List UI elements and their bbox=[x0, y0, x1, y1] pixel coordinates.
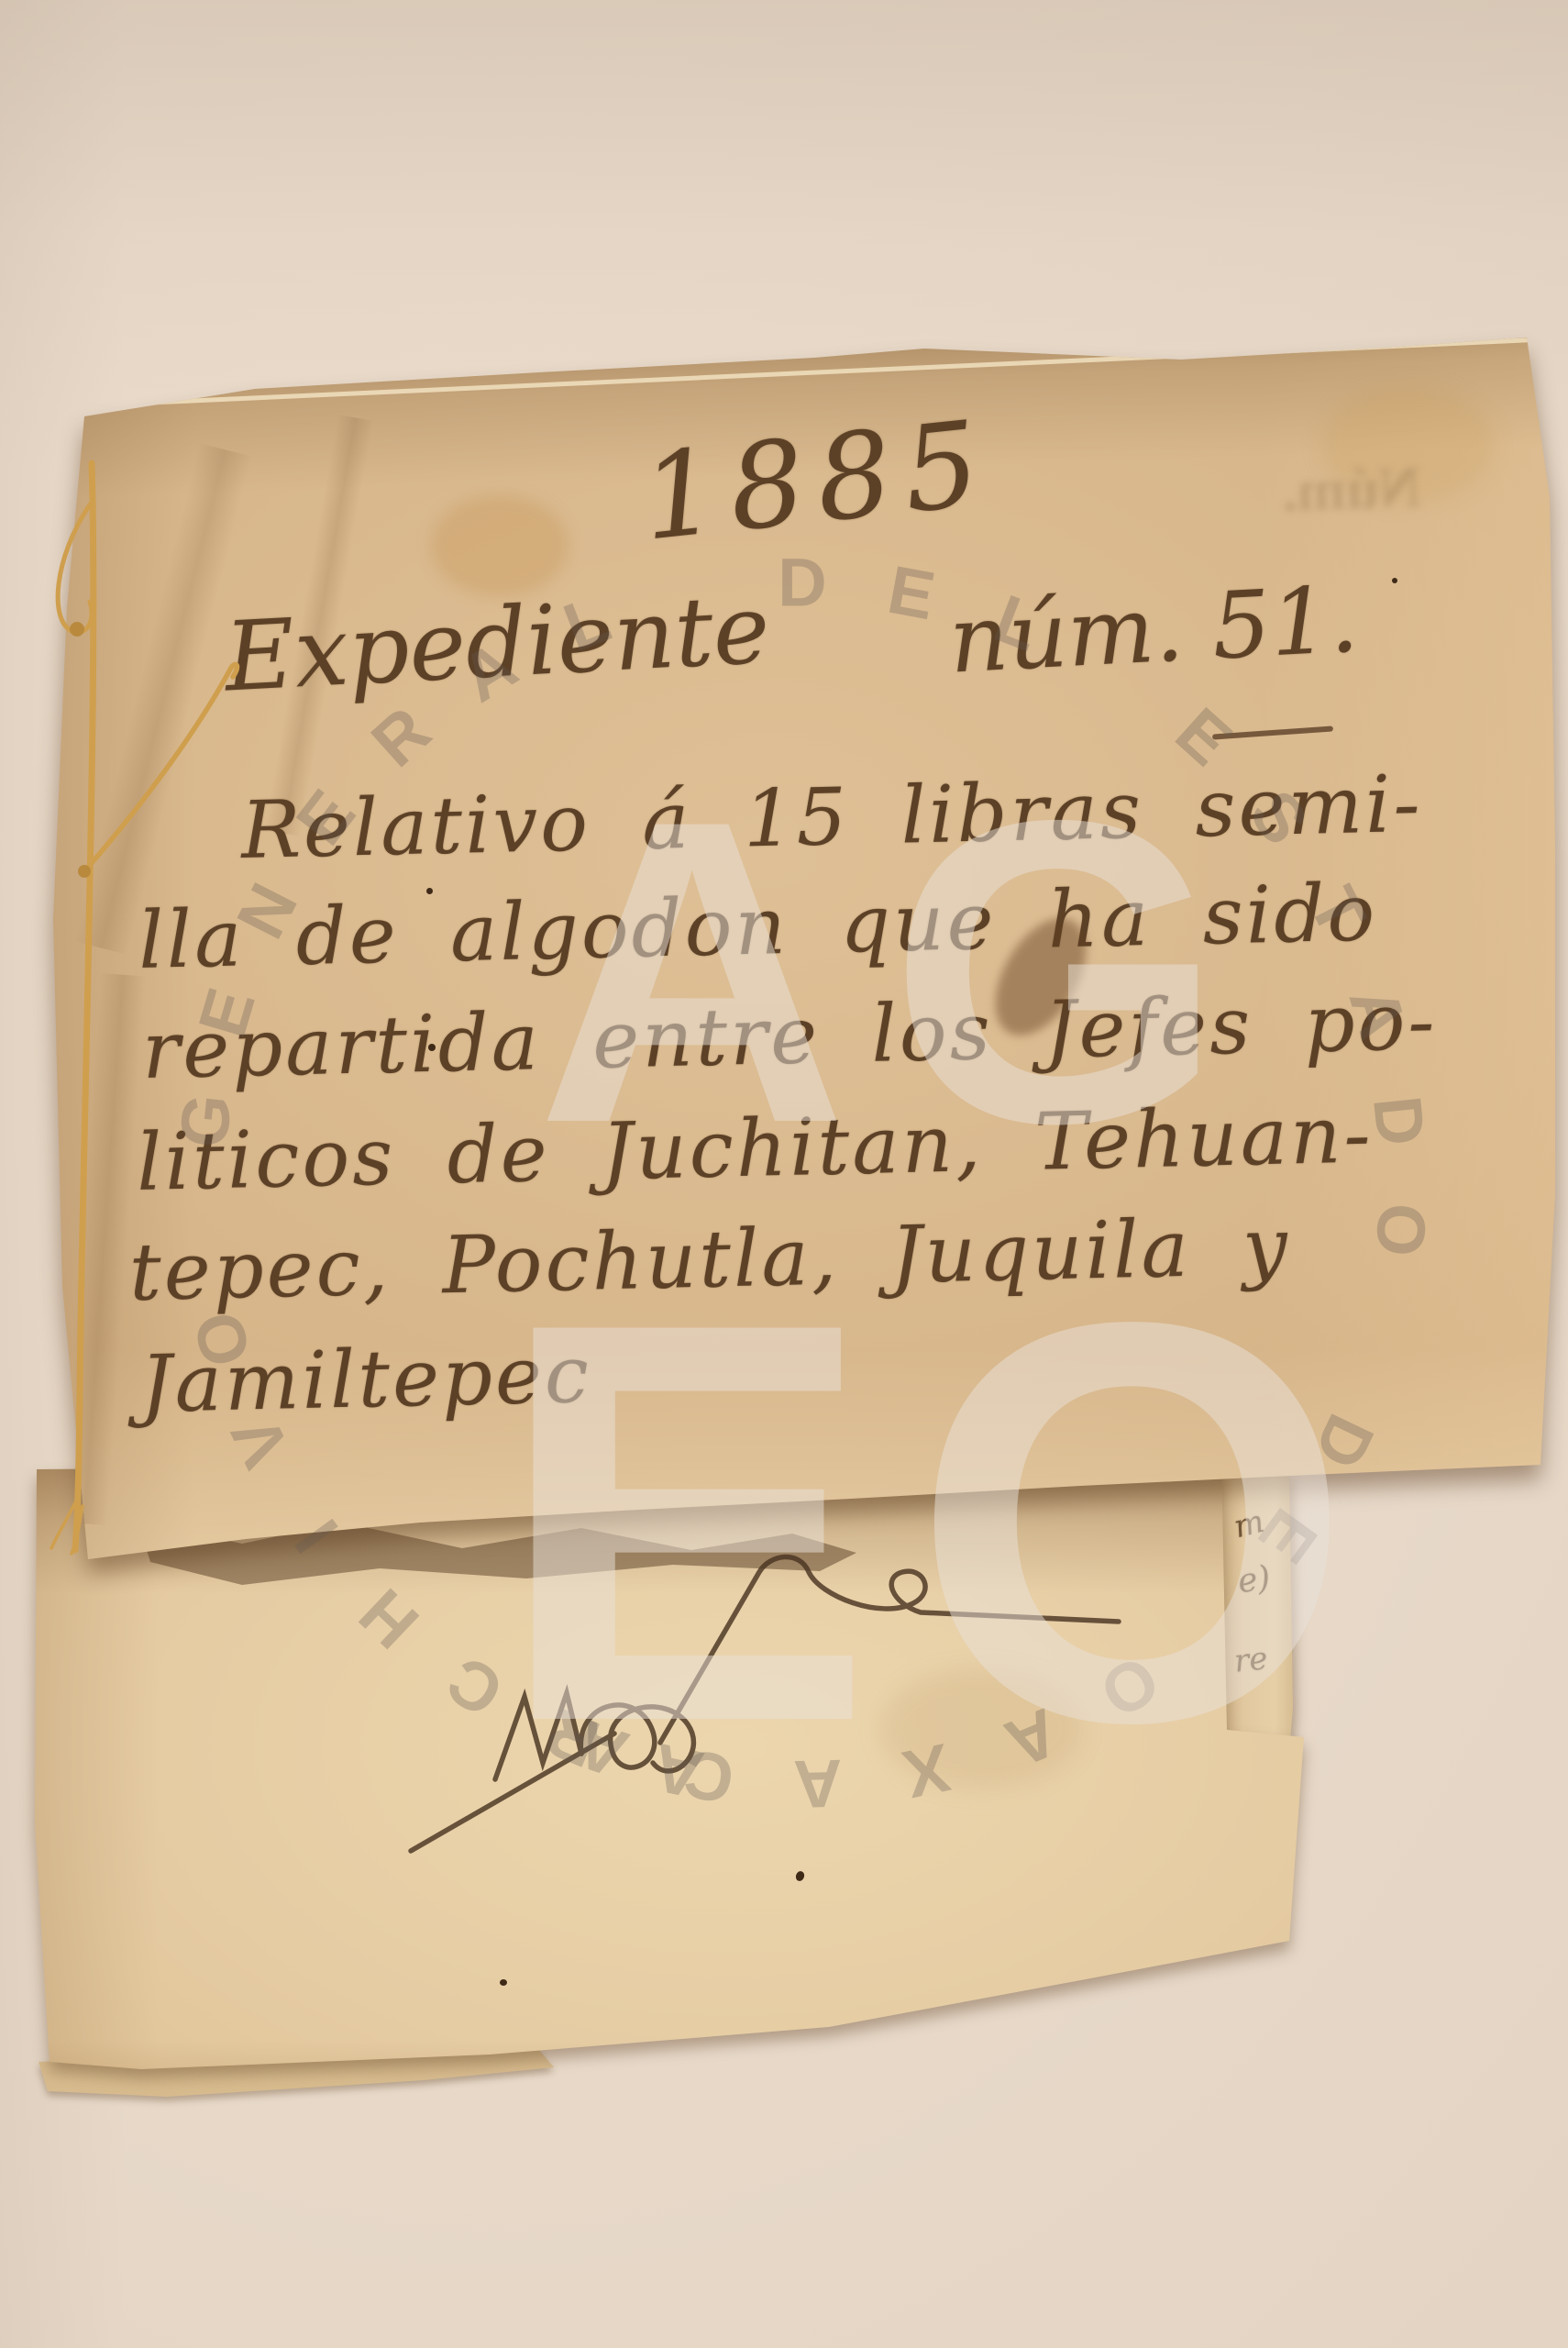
thread-knot bbox=[70, 622, 84, 637]
ink-speck bbox=[500, 1979, 507, 1986]
torn-top-edge bbox=[81, 338, 1538, 408]
binding-thread bbox=[37, 440, 293, 1596]
bleed-through-stamp: Núm. bbox=[1190, 453, 1422, 548]
ink-speck bbox=[428, 1044, 436, 1051]
expediente-number: núm. 51. bbox=[946, 565, 1361, 693]
thread-knot bbox=[78, 865, 91, 878]
ink-speck bbox=[1392, 578, 1397, 583]
archival-photo-background: m e) re — . // 1885 Expediente bbox=[0, 0, 1568, 2348]
ink-speck bbox=[426, 888, 433, 894]
